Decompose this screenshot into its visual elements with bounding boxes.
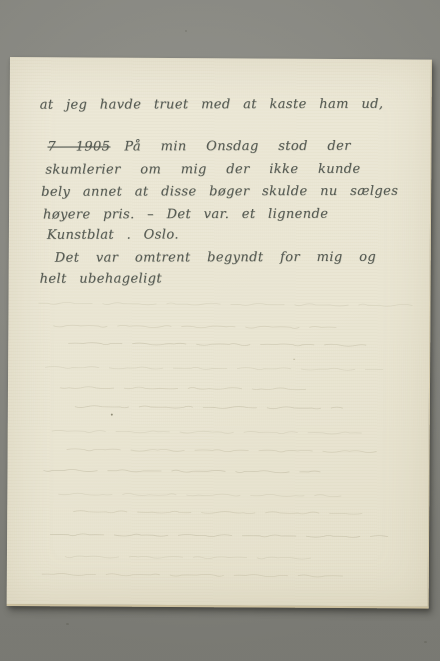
handwriting-line: 7 1905På min Onsdag stod der	[47, 140, 350, 155]
handwriting-line: helt ubehageligt	[40, 272, 162, 287]
handwriting-line: bely annet at disse bøger skulde nu sælg…	[41, 185, 398, 200]
dust-speck	[185, 30, 187, 32]
handwriting-line: Det var omtrent begyndt for mig og	[55, 251, 376, 266]
handwriting-line: at jeg havde truet med at kaste ham ud,	[40, 98, 384, 113]
struck-date-text: 7 1905	[47, 139, 110, 154]
handwriting-line: Kunstblat . Oslo.	[47, 228, 179, 243]
dust-speck	[66, 623, 69, 625]
handwriting-line: skumlerier om mig der ikke kunde	[45, 163, 360, 178]
scanned-document-photo: at jeg havde truet med at kaste ham ud, …	[0, 0, 440, 661]
dust-speck	[424, 641, 427, 643]
handwriting-text: På min Onsdag stod der	[124, 139, 351, 155]
handwriting-block: at jeg havde truet med at kaste ham ud, …	[10, 57, 431, 60]
handwriting-line: høyere pris. – Det var. et lignende	[43, 208, 328, 223]
paper-speck	[111, 414, 113, 416]
manuscript-page: at jeg havde truet med at kaste ham ud, …	[7, 57, 432, 609]
paper-speck	[293, 359, 295, 360]
